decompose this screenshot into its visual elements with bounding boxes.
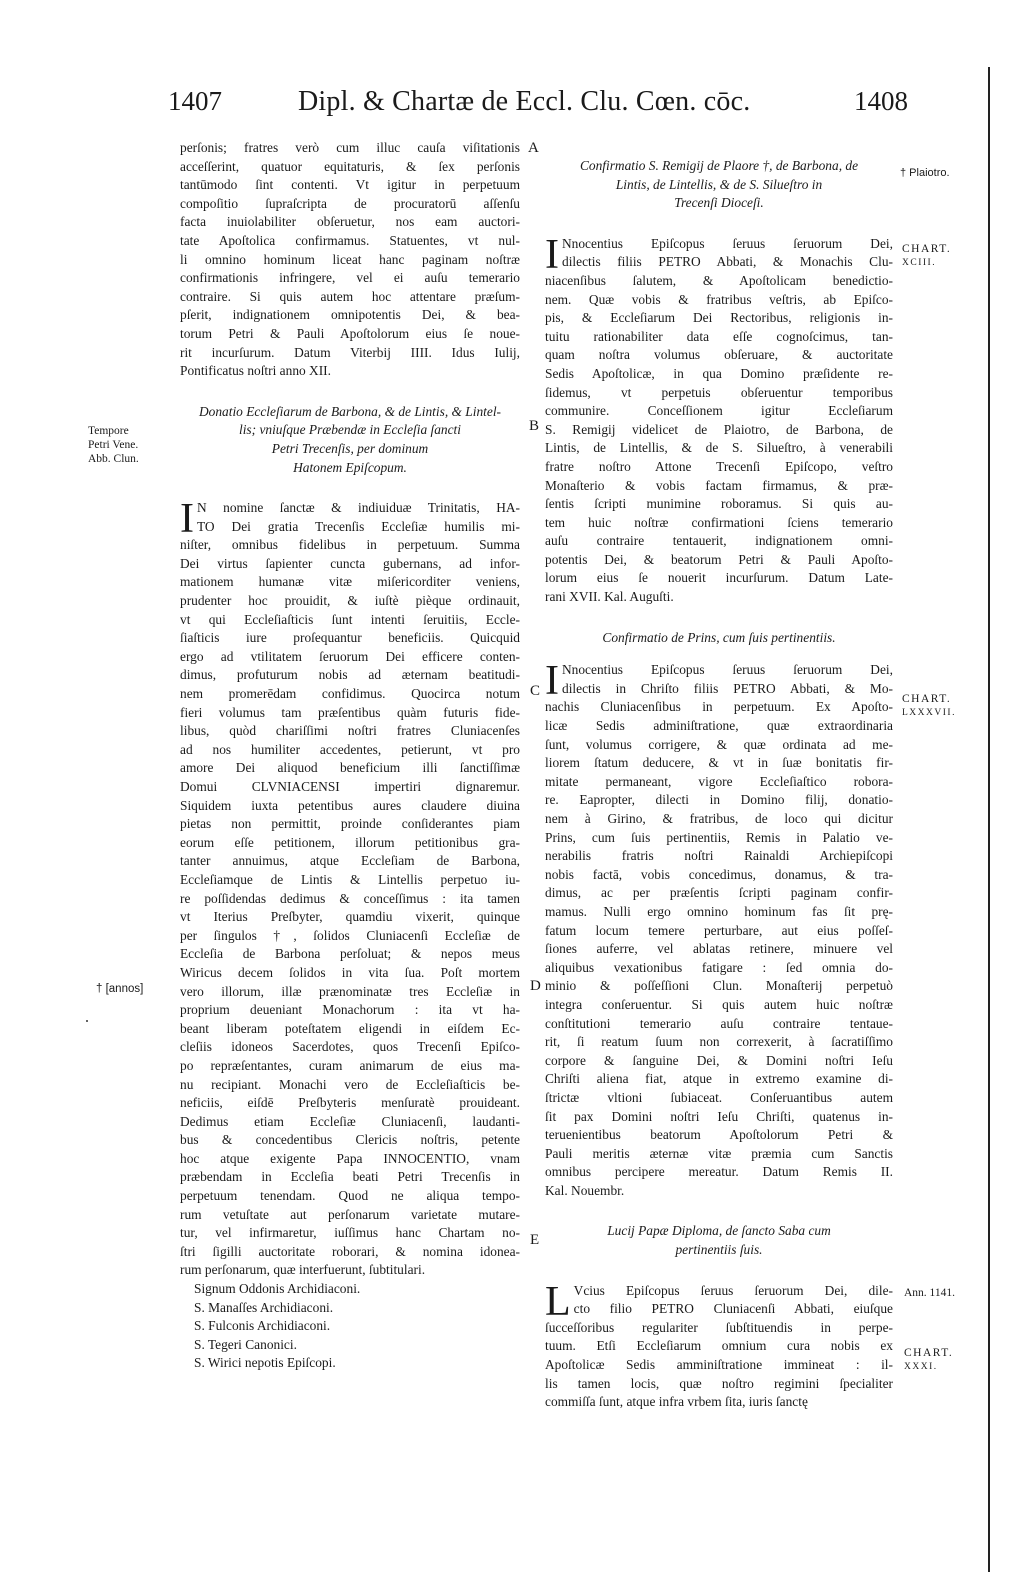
- text-line: re poſſidendas dedimus & conceſſimus : i…: [180, 890, 520, 909]
- drop-cap: I: [545, 238, 559, 272]
- text-line: ergo ad vtilitatem ſeruorum Dei efficere…: [180, 648, 520, 667]
- text-line: ſidemus, vt perpetuis obſeruentur tempor…: [545, 384, 893, 403]
- text-line: ſucceſſoribus regulariter ſubſtituendis …: [545, 1319, 893, 1338]
- drop-cap: L: [545, 1285, 571, 1319]
- text-line: ad nos humiliter accedentes, petierunt, …: [180, 741, 520, 760]
- text-line: Siquidem iuxta petentibus aures claudere…: [180, 797, 520, 816]
- text-line: li omnino hominum liceat hanc paginam no…: [180, 251, 520, 270]
- margin-note-line: CHART.: [902, 242, 951, 256]
- text-line: fatum locum temere perturbare, aut eius …: [545, 922, 893, 941]
- section-letter-b: B: [529, 418, 539, 435]
- text-line: nu recipiant. Monachi vero de Eccleſiaſt…: [180, 1076, 520, 1095]
- signature-list: Signum Oddonis Archidiaconi.S. Manaſſes …: [180, 1280, 520, 1373]
- text-line: Sedis Apoſtolicæ, in qua Domino præſiden…: [545, 365, 893, 384]
- text-line: ſtrictæ vltioni ſubiaceat. Conſeruantibu…: [545, 1089, 893, 1108]
- text-line: perpetuum tenendam. Quod ne aliqua tempo…: [180, 1187, 520, 1206]
- signature-line: S. Tegeri Canonici.: [180, 1336, 520, 1355]
- text-line: ſtri ſigilli auctoritate roborari, & nom…: [180, 1243, 520, 1262]
- text-line: tanter annuimus, atque Eccleſiam de Barb…: [180, 852, 520, 871]
- text-line: compoſitio ſupraſcripta de procuratorū a…: [180, 195, 520, 214]
- text-line: pſerit, indignationem omnipotentis Dei, …: [180, 306, 520, 325]
- section-letter-c: C: [530, 683, 540, 700]
- heading-line: Lucij Papæ Diploma, de ſancto Saba cum: [545, 1222, 893, 1241]
- text-line: liorem ſtatum deducere, & vt in ſuæ boni…: [545, 754, 893, 773]
- speck: [86, 1020, 88, 1022]
- text-line: quam noſtra volumus obſeruare, & auctori…: [545, 346, 893, 365]
- text-line: Kal. Nouembr.: [545, 1182, 893, 1201]
- margin-note-line: Abb. Clun.: [88, 452, 139, 466]
- text-line: Apoſtolicæ Sedis amminiſtratione imminea…: [545, 1356, 893, 1375]
- text-line: omnibus percipere mereatur. Datum Remis …: [545, 1163, 893, 1182]
- margin-note-tempore: Tempore Petri Vene. Abb. Clun.: [88, 424, 139, 466]
- text-line: hoc atque exigente Papa INNOCENTIO, vnam: [180, 1150, 520, 1169]
- left-column: perſonis; fratres verò cum illuc cauſa v…: [180, 139, 520, 1373]
- heading-line: Hatonem Epiſcopum.: [180, 459, 520, 478]
- text-line: perſonis; fratres verò cum illuc cauſa v…: [180, 139, 520, 158]
- margin-note-chart-lxxxvii: CHART. LXXXVII.: [902, 692, 956, 720]
- text-line: prudenter hoc prouidit, & iuſtè pièque o…: [180, 592, 520, 611]
- text-line: mationem humanæ vitæ miſericorditer veni…: [180, 573, 520, 592]
- text-line: Eccleſia de Barbona perſoluat; & nepos m…: [180, 945, 520, 964]
- signature-line: S. Wirici nepotis Epiſcopi.: [180, 1354, 520, 1373]
- margin-note-annos: † [annos]: [96, 982, 143, 996]
- page-edge-rule: [988, 67, 990, 1572]
- text-line: auſu contraire tentauerit, indignationem…: [545, 532, 893, 551]
- text-line: mamus. Nulli ergo omnino hominum fas ſit…: [545, 903, 893, 922]
- text-line: eorum eſſe petitionem, illorum petitioni…: [180, 834, 520, 853]
- text-line: ſit pax Domini noſtri Ieſu Chriſti, quat…: [545, 1108, 893, 1127]
- margin-note-line: XXXI.: [904, 1360, 953, 1374]
- text-line: vero illorum, illæ prænominatæ tres Eccl…: [180, 983, 520, 1002]
- charter-body-donatio: I N nomine ſanctæ & indiuiduæ Trinitatis…: [180, 499, 520, 1280]
- text-line: corpore & ſanguine Dei, & Domini noſtri …: [545, 1052, 893, 1071]
- text-line: licæ Sedis adminiſtratione, quæ extraord…: [545, 717, 893, 736]
- text-line: amore Dei aliquod beneficium illi ſancti…: [180, 759, 520, 778]
- text-line: integra conſeruentur. Si quis autem huic…: [545, 996, 893, 1015]
- text-line: Lintis, de Lintellis, & de S. Silueſtro,…: [545, 439, 893, 458]
- text-line: nem à Girino, & fratribus, de loco qui d…: [545, 810, 893, 829]
- text-line: rit incurſurum. Datum Viterbij IIII. Idu…: [180, 344, 520, 363]
- heading-line: Donatio Eccleſiarum de Barbona, & de Lin…: [180, 403, 520, 422]
- text-line: confirmationis infringere, vel ei auſu t…: [180, 269, 520, 288]
- text-line: Prins, cum ſuis pertinentiis, Remis in P…: [545, 829, 893, 848]
- text-line: vt Iterius Preſbyter, quamdiu vixerit, q…: [180, 908, 520, 927]
- text-line: tem huic noſtræ confirmationi ſciens tem…: [545, 514, 893, 533]
- margin-note-line: XCIII.: [902, 256, 951, 270]
- text-line: lis tamen locis, quæ noſtro regimini ſpe…: [545, 1375, 893, 1394]
- text-line: Eccleſiamque de Lintis & Lintellis perpe…: [180, 871, 520, 890]
- text-line: acceſſerint, quatuor equitaturis, & ſex …: [180, 158, 520, 177]
- margin-note-ann-1141: Ann. 1141.: [904, 1286, 955, 1300]
- text-line: fieri volumus tam præſentibus quàm futur…: [180, 704, 520, 723]
- drop-cap: I: [180, 502, 194, 536]
- text-line: vt qui Eccleſiaſticis ſunt intenti ſerui…: [180, 611, 520, 630]
- heading-line: Trecenſi Dioceſi.: [545, 194, 893, 213]
- heading-line: lis; vniuſque Præbendæ in Eccleſia ſanct…: [180, 421, 520, 440]
- text-line: proprium deueniant Monachorum : ita vt h…: [180, 1001, 520, 1020]
- text-line: Nnocentius Epiſcopus ſeruus ſeruorum Dei…: [545, 235, 893, 254]
- right-column: Confirmatio S. Remigij de Plaore †, de B…: [545, 139, 893, 1412]
- text-line: pis, & Eccleſiarum Dei Rectoribus, relig…: [545, 309, 893, 328]
- text-line: niſter, omnibus fidelibus in perpetuum. …: [180, 536, 520, 555]
- text-line: ſiones auferre, vel ablatas retinere, mi…: [545, 940, 893, 959]
- signature-line: S. Fulconis Archidiaconi.: [180, 1317, 520, 1336]
- text-line: Pontificatus noſtri anno XII.: [180, 362, 520, 381]
- margin-note-chart-xciii: CHART. XCIII.: [902, 242, 951, 270]
- heading-line: pertinentiis ſuis.: [545, 1241, 893, 1260]
- text-line: ſunt, volumus corrigere, & quæ ordinata …: [545, 736, 893, 755]
- text-line: Dei virtus ſapienter cuncta gubernans, a…: [180, 555, 520, 574]
- text-line: dilectis filiis PETRO Abbati, & Monachis…: [545, 253, 893, 272]
- text-line: Chriſti aliena fiat, atque in extremo ex…: [545, 1070, 893, 1089]
- text-line: nem promerēdam confidimus. Quocirca notu…: [180, 685, 520, 704]
- margin-note-chart-xxxi: CHART. XXXI.: [904, 1346, 953, 1374]
- text-line: rum perſonarum, quæ interfuerunt, ſubtit…: [180, 1261, 520, 1280]
- text-line: neficiis, eiſdē Preſbyteris menſuratè pr…: [180, 1094, 520, 1113]
- text-line: niacenſibus ſalutem, & Apoſtolicam bened…: [545, 272, 893, 291]
- text-line: S. Remigij videlicet de Plaiotro, de Bar…: [545, 421, 893, 440]
- continuation-text: perſonis; fratres verò cum illuc cauſa v…: [180, 139, 520, 381]
- text-line: præbendam in Eccleſia beati Petri Trecen…: [180, 1168, 520, 1187]
- text-line: Nnocentius Epiſcopus ſeruus ſeruorum Dei…: [545, 661, 893, 680]
- text-line: potentis Dei, & beatorum Petri & Pauli A…: [545, 551, 893, 570]
- text-line: fratre noſtro Attone Trecenſi Epiſcopo, …: [545, 458, 893, 477]
- heading-line: Petri Trecenſis, per dominum: [180, 440, 520, 459]
- charter-body-prins: I Nnocentius Epiſcopus ſeruus ſeruorum D…: [545, 661, 893, 1200]
- page-number-right: 1408: [854, 86, 908, 117]
- heading-line: Confirmatio S. Remigij de Plaore †, de B…: [545, 157, 893, 176]
- text-line: nobis factā, vobis concedimus, donamus, …: [545, 866, 893, 885]
- text-line: ſentis ſcripti munimine roboramus. Si qu…: [545, 495, 893, 514]
- charter-body-lucij: L Vcius Epiſcopus ſeruus ſeruorum Dei, d…: [545, 1282, 893, 1412]
- text-line: Dedimus etiam Eccleſiæ Cluniacenſi, laud…: [180, 1113, 520, 1132]
- margin-note-line: Tempore: [88, 424, 139, 438]
- text-line: communire. Conceſſionem igitur Eccleſiar…: [545, 402, 893, 421]
- text-line: tantūmodo ſint contenti. Vt igitur in pe…: [180, 176, 520, 195]
- text-line: bus & concedentibus Clericis noſtris, pe…: [180, 1131, 520, 1150]
- signature-line: S. Manaſſes Archidiaconi.: [180, 1299, 520, 1318]
- page-number-left: 1407: [168, 86, 222, 117]
- running-head: 1407 Dipl. & Chartæ de Eccl. Clu. Cœn. c…: [168, 86, 908, 126]
- section-letter-e: E: [530, 1232, 539, 1249]
- text-line: beant liberam poteſtatem eligendi in eiſ…: [180, 1020, 520, 1039]
- margin-note-plaiotro: † Plaiotro.: [900, 166, 950, 180]
- charter-heading-lucij: Lucij Papæ Diploma, de ſancto Saba cumpe…: [545, 1222, 893, 1259]
- text-line: tate Apoſtolica confirmamus. Statuentes,…: [180, 232, 520, 251]
- charter-heading-donatio: Donatio Eccleſiarum de Barbona, & de Lin…: [180, 403, 520, 477]
- text-line: Wiricus decem ſolidos in vita ſua. Poſt …: [180, 964, 520, 983]
- text-line: commiſſa ſunt, atque infra vrbem ſita, i…: [545, 1393, 893, 1412]
- text-line: per ſingulos †, ſolidos Cluniacenſi Eccl…: [180, 927, 520, 946]
- text-line: aliquibus vexationibus fatigare : ſed om…: [545, 959, 893, 978]
- text-line: lorum eius ſe nouerit incurſurum. Datum …: [545, 569, 893, 588]
- drop-cap: I: [545, 664, 559, 698]
- text-line: contraire. Si quis autem hoc attentare p…: [180, 288, 520, 307]
- text-line: mitate permaneant, vigore Eccleſiaſtico …: [545, 773, 893, 792]
- text-line: nerabilis fratris noſtri Rainaldi Archie…: [545, 847, 893, 866]
- running-title: Dipl. & Chartæ de Eccl. Clu. Cœn. cōc.: [298, 86, 750, 118]
- text-line: tur, vel infirmaretur, iuſſimus hanc Cha…: [180, 1224, 520, 1243]
- text-line: rani XVII. Kal. Auguſti.: [545, 588, 893, 607]
- text-line: ſiaſticis iure proſequantur beneficiis. …: [180, 629, 520, 648]
- text-line: tuum. Etſi Eccleſiarum omnium cura nobis…: [545, 1337, 893, 1356]
- margin-note-line: CHART.: [904, 1346, 953, 1360]
- text-line: cleſiis idoneos Sacerdotes, quos Trecenſ…: [180, 1038, 520, 1057]
- text-line: Domui CLVNIACENSI impertiri dignaremur.: [180, 778, 520, 797]
- text-line: rum vetuſtate aut perſonarum varietate m…: [180, 1206, 520, 1225]
- text-line: dilectis in Chriſto filiis PETRO Abbati,…: [545, 680, 893, 699]
- text-line: pietas non permittit, proinde conſideran…: [180, 815, 520, 834]
- text-line: minio & poſſeſſioni Clun. Monaſterij per…: [545, 977, 893, 996]
- text-line: Monaſterio & vobis factam firmamus, & pr…: [545, 477, 893, 496]
- text-line: facta inuiolabiliter obſeruetur, nos eam…: [180, 213, 520, 232]
- text-line: Pauli meritis æternæ vitæ præmia cum San…: [545, 1145, 893, 1164]
- section-letter-a: A: [528, 140, 539, 157]
- heading-line: Lintis, de Lintellis, & de S. Silueſtro …: [545, 176, 893, 195]
- margin-note-line: CHART.: [902, 692, 956, 706]
- text-line: dimus, ac per præſentis ſcripti paginam …: [545, 884, 893, 903]
- signature-line: Signum Oddonis Archidiaconi.: [180, 1280, 520, 1299]
- text-line: libus, quòd chariſſimi noſtri fratres Cl…: [180, 722, 520, 741]
- section-letter-d: D: [530, 978, 541, 995]
- text-line: TO Dei gratia Trecenſis Eccleſiæ humilis…: [180, 518, 520, 537]
- margin-note-line: Petri Vene.: [88, 438, 139, 452]
- text-line: N nomine ſanctæ & indiuiduæ Trinitatis, …: [180, 499, 520, 518]
- text-line: re. Eapropter, dilecti in Domino filij, …: [545, 791, 893, 810]
- charter-heading-remigij: Confirmatio S. Remigij de Plaore †, de B…: [545, 157, 893, 213]
- text-line: dimus, profuturum nobis ad æternam beati…: [180, 666, 520, 685]
- text-line: torum Petri & Pauli Apoſtolorum eius ſe …: [180, 325, 520, 344]
- charter-heading-prins: Confirmatio de Prins, cum ſuis pertinent…: [545, 629, 893, 648]
- text-line: cto filio PETRO Cluniacenſi Abbati, eiuſ…: [545, 1300, 893, 1319]
- text-line: nachis Cluniacenſibus in perpetuum. Ex A…: [545, 698, 893, 717]
- charter-body-remigij: I Nnocentius Epiſcopus ſeruus ſeruorum D…: [545, 235, 893, 607]
- text-line: Vcius Epiſcopus ſeruus ſeruorum Dei, dil…: [545, 1282, 893, 1301]
- margin-note-line: LXXXVII.: [902, 706, 956, 720]
- text-line: po repræſentantes, curam animarum de eiu…: [180, 1057, 520, 1076]
- text-line: nem. Quæ vobis & fratribus veſtris, ab E…: [545, 291, 893, 310]
- text-line: conſtitutioni temerario auſu contraire t…: [545, 1015, 893, 1034]
- text-line: tuitu rationabiliter data eſſe cognoſcim…: [545, 328, 893, 347]
- text-line: teruenientibus beatorum Apoſtolorum Petr…: [545, 1126, 893, 1145]
- heading-line: Confirmatio de Prins, cum ſuis pertinent…: [545, 629, 893, 648]
- text-line: rit, ſi reatum ſuum non correxerit, à ſa…: [545, 1033, 893, 1052]
